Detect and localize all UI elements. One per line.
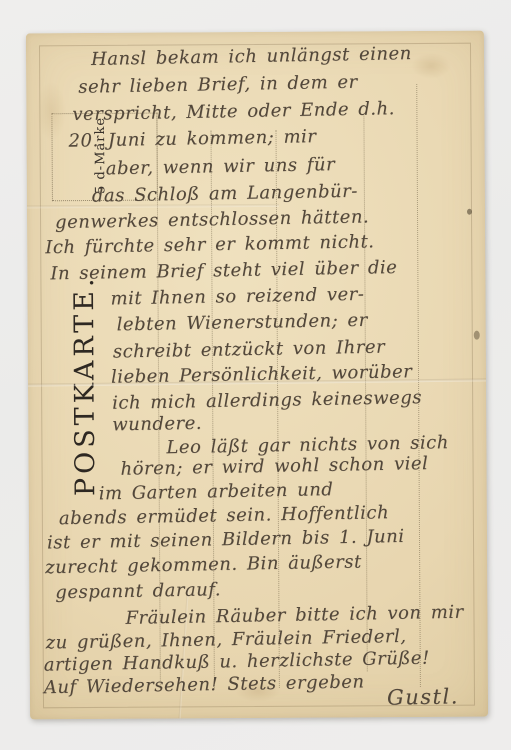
handwritten-line: abends ermüdet sein. Hoffentlich: [59, 502, 390, 529]
handwritten-message: Hansl bekam ich unlängst einen sehr lieb…: [26, 31, 488, 720]
handwritten-line: Fräulein Räuber bitte ich von mir: [125, 602, 464, 629]
handwritten-line: lebten Wienerstunden; er: [117, 310, 368, 336]
signature: Gustl.: [387, 684, 459, 709]
handwritten-line: das Schloß am Langenbür-: [92, 181, 358, 207]
handwritten-line: In seinem Brief steht viel über die: [50, 257, 397, 284]
postcard: 5 d-Marke POSTKARTE. Hansl bekam ich unl…: [26, 31, 488, 720]
handwritten-line: sehr lieben Brief, in dem er: [78, 72, 358, 98]
scan-background: 5 d-Marke POSTKARTE. Hansl bekam ich unl…: [0, 0, 511, 750]
handwritten-line: lieben Persönlichkeit, worüber: [111, 361, 413, 388]
handwritten-line: gespannt darauf.: [55, 579, 221, 603]
handwritten-line: Hansl bekam ich unlängst einen: [91, 43, 412, 70]
handwritten-line: Auf Wiedersehen! Stets ergeben: [44, 671, 365, 698]
handwritten-line: hören; er wird wohl schon viel: [120, 453, 428, 480]
handwritten-line: im Garten arbeiten und: [99, 479, 334, 504]
handwritten-line: wundere.: [112, 413, 202, 436]
handwritten-line: schreibt entzückt von Ihrer: [113, 337, 386, 363]
handwritten-line: genwerkes entschlossen hätten.: [55, 206, 369, 233]
handwritten-line: verspricht, Mitte oder Ende d.h.: [72, 98, 395, 125]
handwritten-line: ist er mit seinen Bildern bis 1. Juni: [47, 526, 405, 554]
handwritten-line: mit Ihnen so reizend ver-: [110, 284, 364, 310]
handwritten-line: 20. Juni zu kommen; mir: [68, 126, 316, 152]
handwritten-line: zurecht gekommen. Bin äußerst: [45, 551, 362, 578]
handwritten-line: ich mich allerdings keineswegs: [112, 387, 422, 414]
handwritten-line: Ich fürchte sehr er kommt nicht.: [45, 231, 375, 258]
handwritten-line: aber, wenn wir uns für: [106, 154, 336, 179]
